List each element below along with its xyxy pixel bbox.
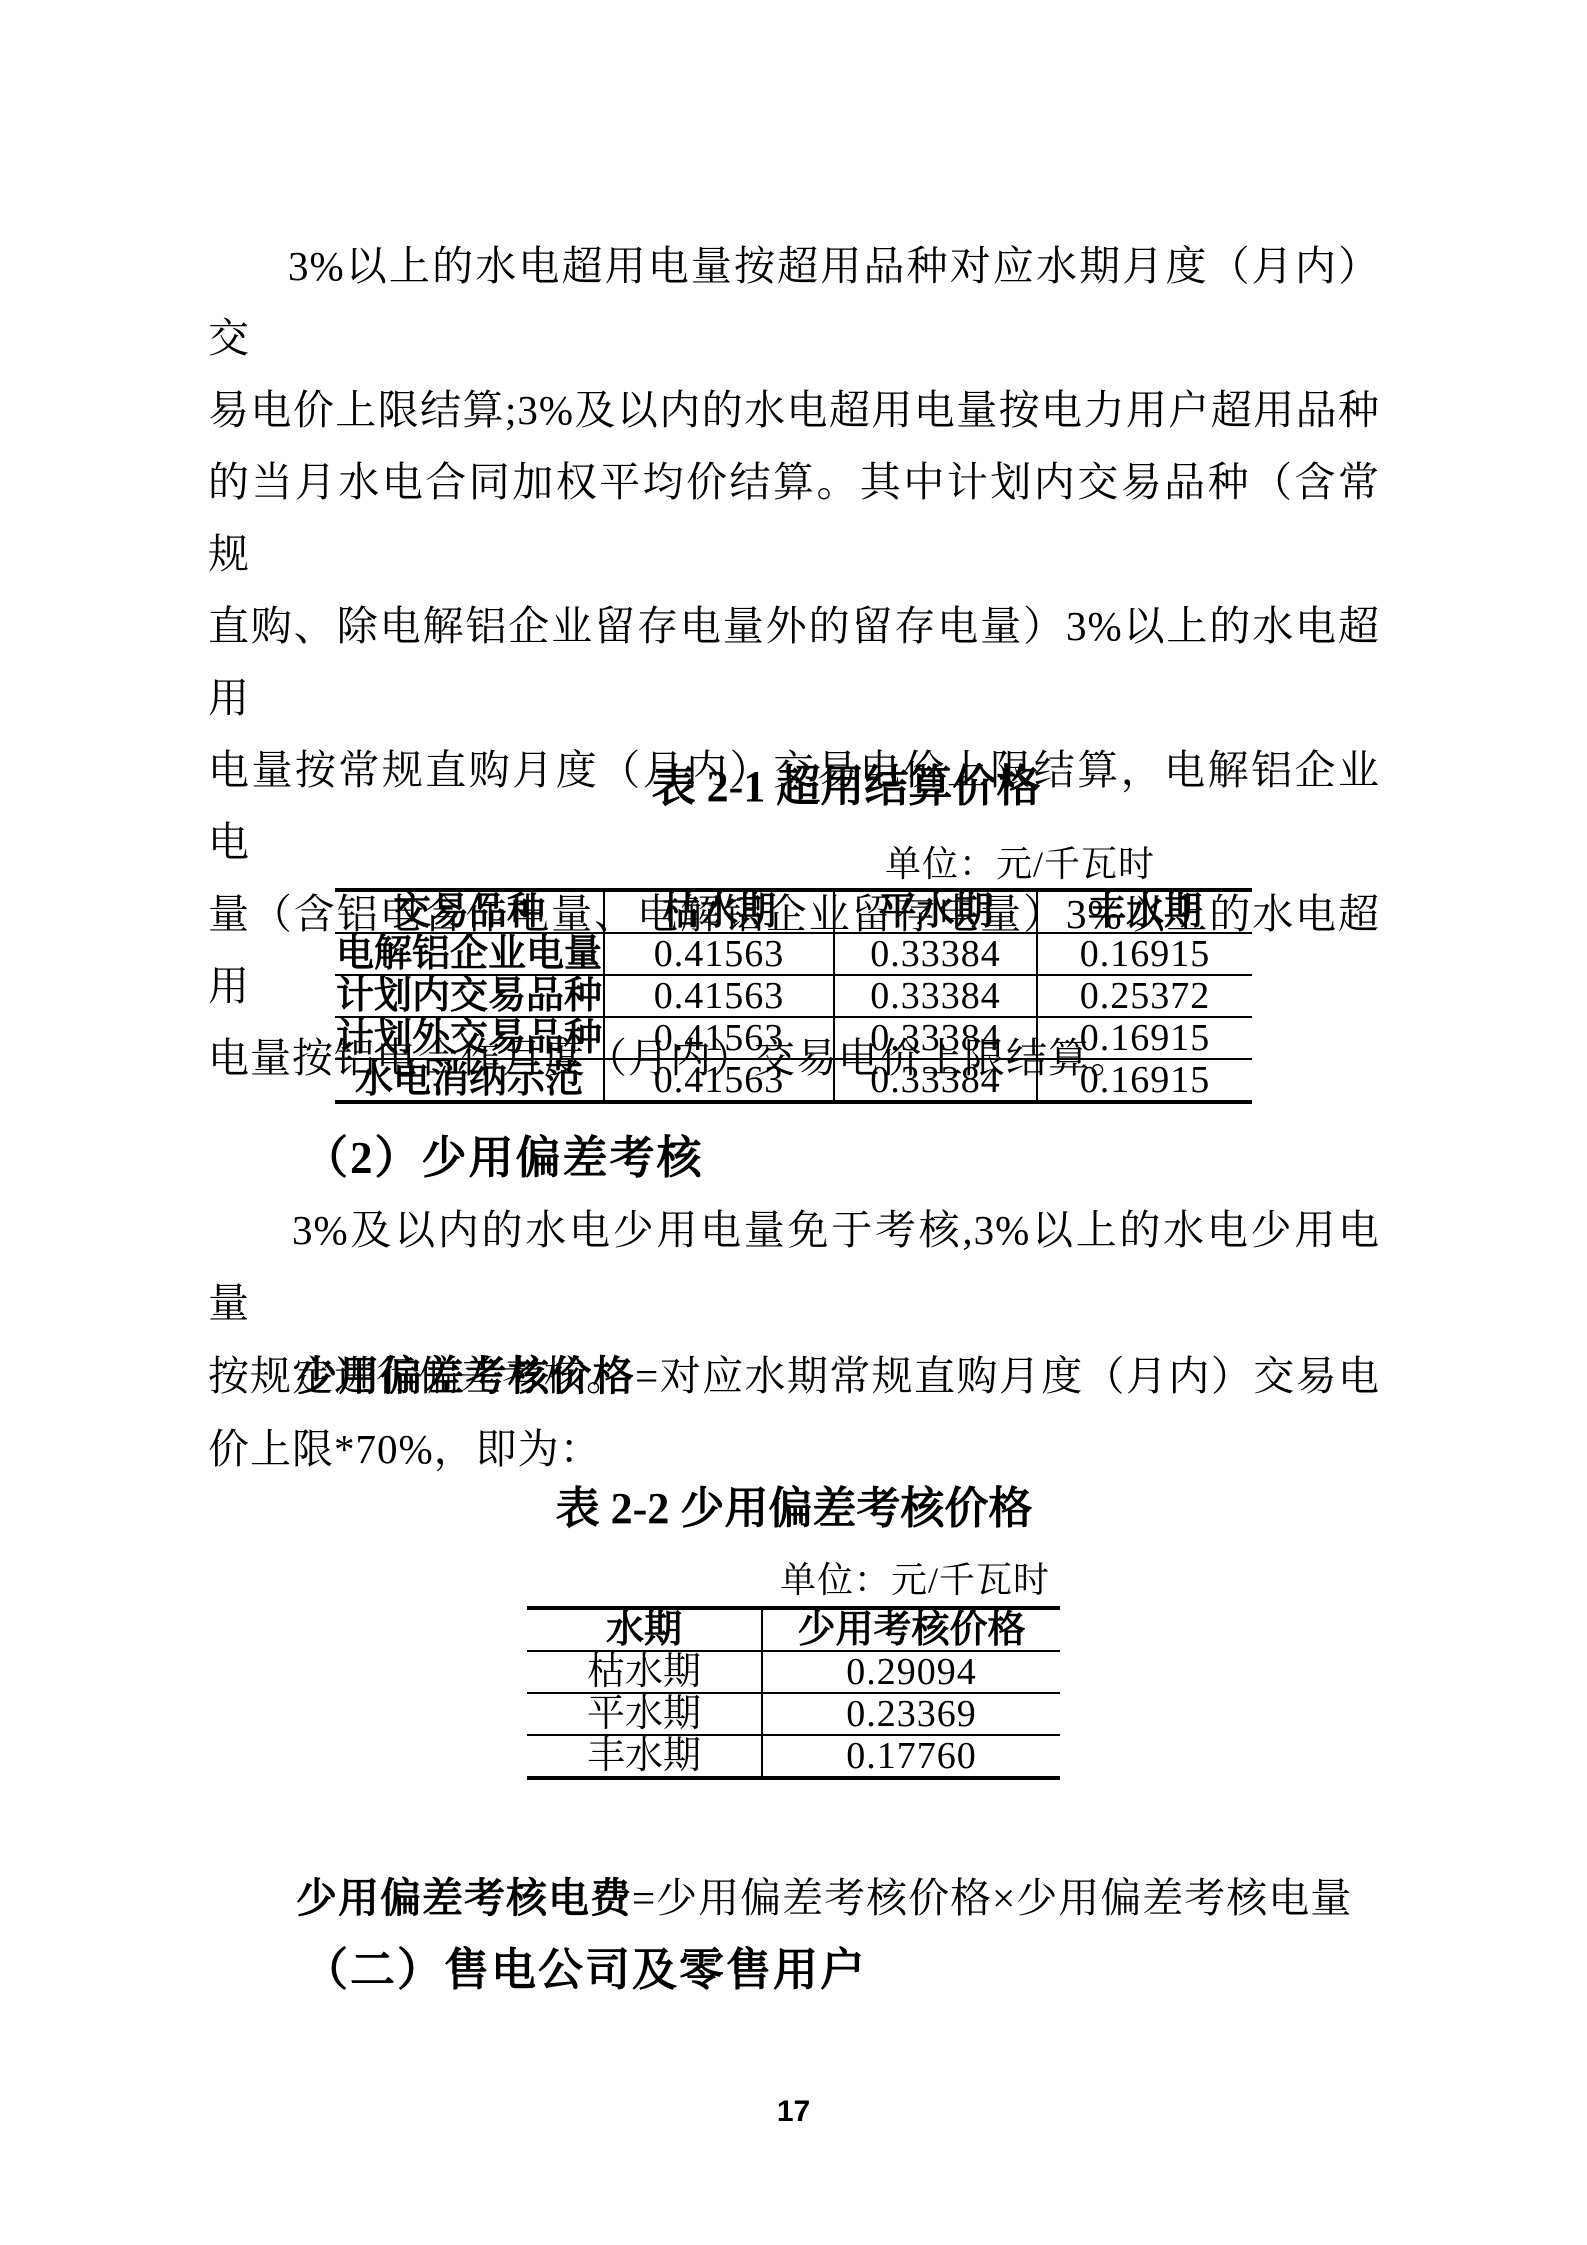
table-header-cell: 平水期 [834, 890, 1037, 933]
price-value: 0.16915 [1037, 933, 1252, 975]
table-row: 水电消纳示范 0.41563 0.33384 0.16915 [335, 1059, 1252, 1102]
table-2-2-title: 表 2-2 少用偏差考核价格 [208, 1484, 1380, 1534]
row-label: 水电消纳示范 [335, 1059, 604, 1102]
table-row: 计划外交易品种 0.41563 0.33384 0.16915 [335, 1017, 1252, 1059]
page-number: 17 [0, 2092, 1587, 2132]
table-row: 平水期 0.23369 [527, 1693, 1060, 1735]
row-label: 平水期 [527, 1693, 762, 1735]
paragraph-line: 少用偏差考核价格=对应水期常规直购月度（月内）交易电 [208, 1340, 1380, 1413]
paragraph-line: 直购、除电解铝企业留存电量外的留存电量）3%以上的水电超用 [208, 590, 1380, 734]
table-2-1-unit-label: 单位：元/千瓦时 [208, 846, 1380, 882]
table-2-2-unit-label: 单位：元/千瓦时 [208, 1562, 1380, 1598]
price-value: 0.41563 [604, 1059, 834, 1102]
overuse-settlement-price-table: 交易品种 枯水期 平水期 丰水期 电解铝企业电量 0.41563 0.33384… [335, 888, 1252, 1104]
table-2-1-title: 表 2-1 超用结算价格 [208, 762, 1380, 812]
formula-rest: =对应水期常规直购月度（月内）交易电 [635, 1353, 1380, 1399]
table-header-cell: 枯水期 [604, 890, 834, 933]
row-label: 丰水期 [527, 1735, 762, 1778]
paragraph-line: 3%以上的水电超用电量按超用品种对应水期月度（月内）交 [208, 230, 1380, 374]
price-value: 0.16915 [1037, 1059, 1252, 1102]
price-value: 0.41563 [604, 933, 834, 975]
heading-section-2: （2）少用偏差考核 [208, 1128, 1380, 1188]
price-value: 0.33384 [834, 933, 1037, 975]
price-value: 0.29094 [762, 1651, 1060, 1693]
price-value: 0.17760 [762, 1735, 1060, 1778]
table-header-cell: 丰水期 [1037, 890, 1252, 933]
table-header-row: 交易品种 枯水期 平水期 丰水期 [335, 890, 1252, 933]
table-row: 电解铝企业电量 0.41563 0.33384 0.16915 [335, 933, 1252, 975]
formula-term-bold: 少用偏差考核价格 [296, 1353, 635, 1399]
price-value: 0.23369 [762, 1693, 1060, 1735]
document-page: 3%以上的水电超用电量按超用品种对应水期月度（月内）交 易电价上限结算;3%及以… [0, 0, 1587, 2245]
table-row: 枯水期 0.29094 [527, 1651, 1060, 1693]
underuse-assessment-price-table: 水期 少用考核价格 枯水期 0.29094 平水期 0.23369 丰水期 0.… [527, 1606, 1060, 1780]
price-value: 0.16915 [1037, 1017, 1252, 1059]
price-value: 0.33384 [834, 975, 1037, 1017]
row-label: 计划外交易品种 [335, 1017, 604, 1059]
row-label: 计划内交易品种 [335, 975, 604, 1017]
row-label: 电解铝企业电量 [335, 933, 604, 975]
formula-rest: =少用偏差考核价格×少用偏差考核电量 [632, 1875, 1352, 1921]
price-value: 0.33384 [834, 1017, 1037, 1059]
paragraph-underuse-fee-formula: 少用偏差考核电费=少用偏差考核价格×少用偏差考核电量 [208, 1862, 1380, 1935]
table-header-cell: 少用考核价格 [762, 1608, 1060, 1651]
heading-section-retail: （二）售电公司及零售用户 [208, 1940, 1380, 2000]
table-row: 丰水期 0.17760 [527, 1735, 1060, 1778]
paragraph-line: 的当月水电合同加权平均价结算。其中计划内交易品种（含常规 [208, 446, 1380, 590]
table-header-row: 水期 少用考核价格 [527, 1608, 1060, 1651]
price-value: 0.41563 [604, 1017, 834, 1059]
table-header-cell: 交易品种 [335, 890, 604, 933]
formula-term-bold: 少用偏差考核电费 [296, 1875, 632, 1921]
table-row: 计划内交易品种 0.41563 0.33384 0.25372 [335, 975, 1252, 1017]
row-label: 枯水期 [527, 1651, 762, 1693]
paragraph-line: 易电价上限结算;3%及以内的水电超用电量按电力用户超用品种 [208, 374, 1380, 446]
price-value: 0.33384 [834, 1059, 1037, 1102]
price-value: 0.41563 [604, 975, 834, 1017]
paragraph-underuse-price-formula: 少用偏差考核价格=对应水期常规直购月度（月内）交易电 价上限*70%，即为： [208, 1340, 1380, 1486]
price-value: 0.25372 [1037, 975, 1252, 1017]
paragraph-line: 3%及以内的水电少用电量免于考核,3%以上的水电少用电量 [208, 1194, 1380, 1340]
paragraph-line: 少用偏差考核电费=少用偏差考核价格×少用偏差考核电量 [208, 1862, 1380, 1935]
paragraph-line: 价上限*70%，即为： [208, 1413, 1380, 1486]
table-header-cell: 水期 [527, 1608, 762, 1651]
